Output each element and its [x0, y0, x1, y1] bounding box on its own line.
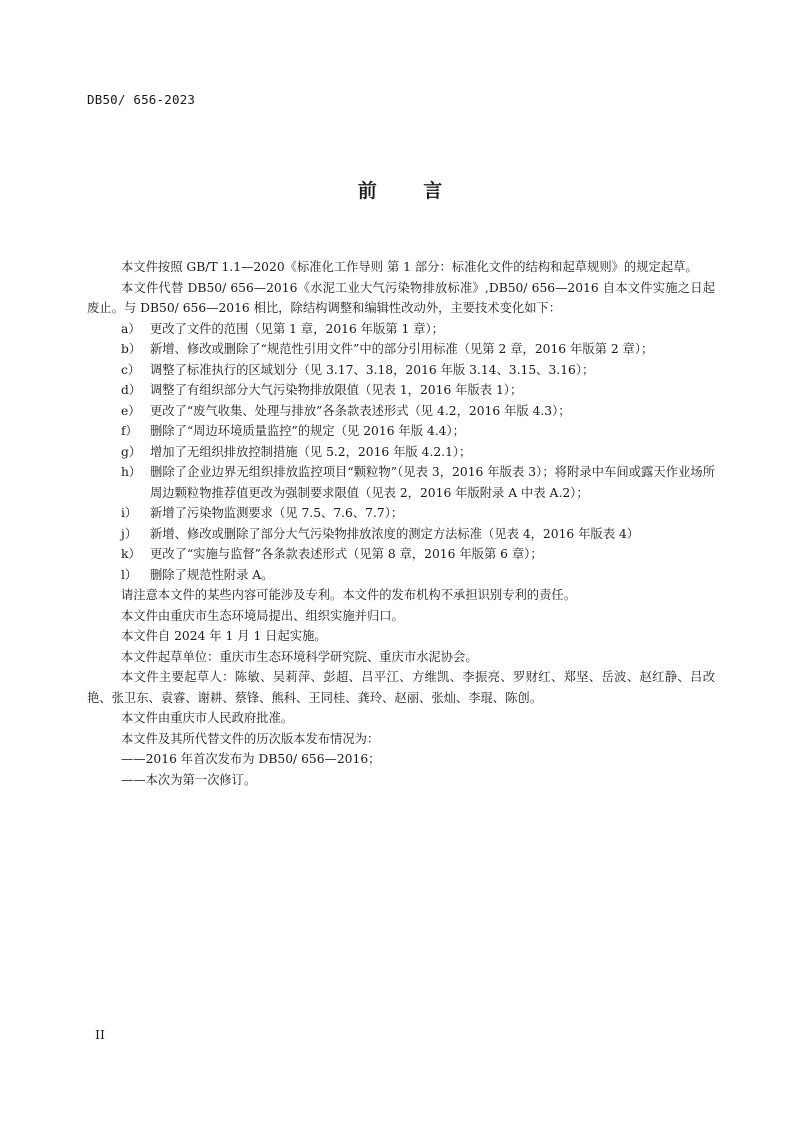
list-marker: e）	[121, 401, 141, 422]
paragraph-drafting-units: 本文件起草单位：重庆市生态环境科学研究院、重庆市水泥协会。	[87, 647, 715, 668]
page-title: 前 言	[0, 176, 800, 203]
list-item-text: 新增、修改或删除了“规范性引用文件”中的部分引用标准（见第 2 章，2016 年…	[150, 342, 653, 356]
paragraph-history-intro: 本文件及其所代替文件的历次版本发布情况为：	[87, 729, 715, 750]
paragraph-effective-date: 本文件自 2024 年 1 月 1 日起实施。	[87, 626, 715, 647]
list-item-text: 新增、修改或删除了部分大气污染物排放浓度的测定方法标准（见表 4，2016 年版…	[150, 527, 639, 541]
list-item-text: 调整了有组织部分大气污染物排放限值（见表 1，2016 年版表 1）；	[150, 383, 522, 397]
list-marker: k）	[121, 544, 141, 565]
foreword-body: 本文件按照 GB/T 1.1—2020《标准化工作导则 第 1 部分：标准化文件…	[87, 257, 715, 790]
list-item: l）删除了规范性附录 A。	[87, 565, 715, 586]
paragraph-proposer: 本文件由重庆市生态环境局提出、组织实施并归口。	[87, 606, 715, 627]
list-item: f）删除了“周边环境质量监控”的规定（见 2016 年版 4.4）；	[87, 421, 715, 442]
list-item: c）调整了标准执行的区域划分（见 3.17、3.18，2016 年版 3.14、…	[87, 360, 715, 381]
list-item-text: 增加了无组织排放控制措施（见 5.2，2016 年版 4.2.1）；	[150, 445, 471, 459]
paragraph-drafting-basis: 本文件按照 GB/T 1.1—2020《标准化工作导则 第 1 部分：标准化文件…	[87, 257, 715, 278]
paragraph-drafters: 本文件主要起草人：陈敏、吴莉萍、彭超、吕平江、方维凯、李振亮、罗财红、郑坚、岳波…	[87, 667, 715, 708]
list-marker: f）	[121, 421, 138, 442]
list-item-text: 删除了企业边界无组织排放监控项目“颗粒物”（见表 3，2016 年版表 3）；将…	[150, 465, 715, 500]
paragraph-approval: 本文件由重庆市人民政府批准。	[87, 708, 715, 729]
list-item: i）新增了污染物监测要求（见 7.5、7.6、7.7）；	[87, 503, 715, 524]
list-item-text: 更改了“废气收集、处理与排放”各条款表述形式（见 4.2，2016 年版 4.3…	[150, 404, 571, 418]
page-number: II	[95, 1027, 105, 1042]
list-marker: g）	[121, 442, 141, 463]
list-marker: a）	[121, 319, 141, 340]
list-item: a）更改了文件的范围（见第 1 章，2016 年版第 1 章）；	[87, 319, 715, 340]
document-code: DB50/ 656-2023	[87, 92, 195, 107]
list-marker: j）	[121, 524, 137, 545]
list-item: h）删除了企业边界无组织排放监控项目“颗粒物”（见表 3，2016 年版表 3）…	[87, 462, 715, 503]
history-item: ——本次为第一次修订。	[87, 770, 715, 791]
list-item: j）新增、修改或删除了部分大气污染物排放浓度的测定方法标准（见表 4，2016 …	[87, 524, 715, 545]
list-item-text: 更改了文件的范围（见第 1 章，2016 年版第 1 章）；	[150, 322, 444, 336]
list-item: k）更改了“实施与监督”各条款表述形式（见第 8 章，2016 年版第 6 章）…	[87, 544, 715, 565]
list-marker: d）	[121, 380, 141, 401]
history-item: ——2016 年首次发布为 DB50/ 656—2016；	[87, 749, 715, 770]
list-marker: h）	[121, 462, 141, 483]
list-marker: l）	[121, 565, 137, 586]
changes-list: a）更改了文件的范围（见第 1 章，2016 年版第 1 章）； b）新增、修改…	[87, 319, 715, 586]
paragraph-patent-notice: 请注意本文件的某些内容可能涉及专利。本文件的发布机构不承担识别专利的责任。	[87, 585, 715, 606]
list-item: d）调整了有组织部分大气污染物排放限值（见表 1，2016 年版表 1）；	[87, 380, 715, 401]
list-item-text: 调整了标准执行的区域划分（见 3.17、3.18，2016 年版 3.14、3.…	[150, 363, 594, 377]
paragraph-replacement: 本文件代替 DB50/ 656—2016《水泥工业大气污染物排放标准》,DB50…	[87, 278, 715, 319]
list-marker: i）	[121, 503, 137, 524]
list-marker: b）	[121, 339, 141, 360]
list-item: e）更改了“废气收集、处理与排放”各条款表述形式（见 4.2，2016 年版 4…	[87, 401, 715, 422]
list-item-text: 删除了“周边环境质量监控”的规定（见 2016 年版 4.4）；	[150, 424, 465, 438]
list-item: g）增加了无组织排放控制措施（见 5.2，2016 年版 4.2.1）；	[87, 442, 715, 463]
list-marker: c）	[121, 360, 140, 381]
list-item: b）新增、修改或删除了“规范性引用文件”中的部分引用标准（见第 2 章，2016…	[87, 339, 715, 360]
list-item-text: 更改了“实施与监督”各条款表述形式（见第 8 章，2016 年版第 6 章）；	[150, 547, 543, 561]
list-item-text: 删除了规范性附录 A。	[150, 568, 273, 582]
list-item-text: 新增了污染物监测要求（见 7.5、7.6、7.7）；	[150, 506, 403, 520]
